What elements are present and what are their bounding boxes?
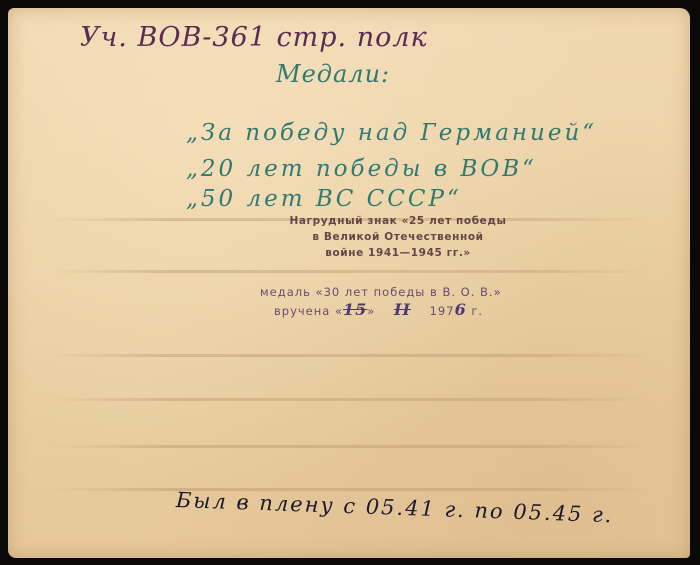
document-card: Уч. ВОВ-361 стр. полк Медали: „За победу… bbox=[8, 8, 690, 558]
medal-stamp-date-line: вручена «15» II 1976 г. bbox=[260, 301, 502, 320]
medals-heading: Медали: bbox=[276, 60, 390, 88]
badge-stamp-line: войне 1941—1945 гг.» bbox=[248, 245, 548, 261]
year-suffix: г. bbox=[467, 304, 483, 318]
show-through-line bbox=[48, 488, 650, 491]
show-through-line bbox=[48, 354, 650, 357]
award-day: 15 bbox=[343, 300, 367, 319]
show-through-line bbox=[48, 270, 650, 273]
show-through-line bbox=[48, 445, 650, 448]
date-separator: » bbox=[367, 304, 380, 318]
medal-item: „20 лет победы в ВОВ“ bbox=[186, 156, 537, 182]
award-year-digit: 6 bbox=[455, 300, 467, 319]
badge-stamp: Нагрудный знак «25 лет победы в Великой … bbox=[248, 213, 548, 261]
medal-item: „50 лет ВС СССР“ bbox=[186, 186, 462, 212]
year-prefix: 197 bbox=[425, 304, 455, 318]
medal-item: „За победу над Германией“ bbox=[186, 120, 597, 146]
date-prefix: вручена « bbox=[274, 304, 343, 318]
unit-header: Уч. ВОВ-361 стр. полк bbox=[80, 22, 428, 53]
captivity-note: Был в плену с 05.41 г. по 05.45 г. bbox=[176, 488, 614, 527]
award-month: II bbox=[380, 300, 425, 319]
medal-stamp-line: медаль «30 лет победы в В. О. В.» bbox=[260, 284, 502, 301]
show-through-line bbox=[48, 398, 650, 401]
badge-stamp-line: Нагрудный знак «25 лет победы bbox=[248, 213, 548, 229]
medal-stamp: медаль «30 лет победы в В. О. В.» вручен… bbox=[260, 284, 502, 320]
badge-stamp-line: в Великой Отечественной bbox=[248, 229, 548, 245]
